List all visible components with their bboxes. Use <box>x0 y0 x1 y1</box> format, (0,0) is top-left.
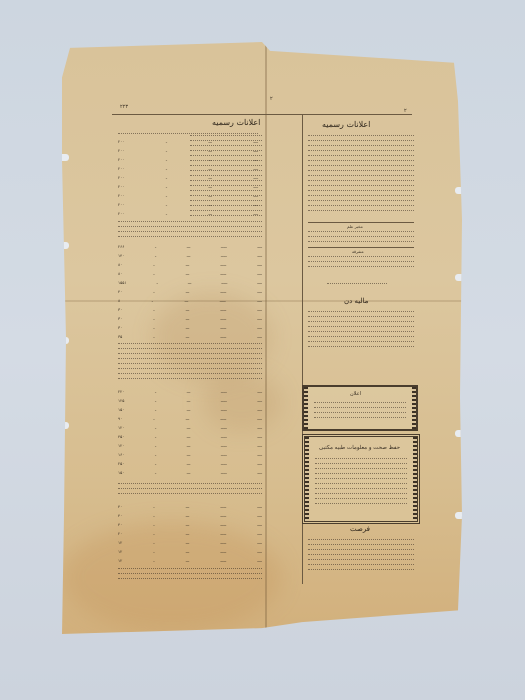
box-border-ornament <box>413 437 417 521</box>
data-table-3: ۲۲۰ـــــــــــــ ۱۲۵ـــــــــــــ ۱۵۰ـــ… <box>118 387 262 477</box>
binding-hole <box>455 512 465 519</box>
box-border-ornament <box>412 387 416 429</box>
paragraph <box>118 342 262 382</box>
left-column-title: اعلانات رسمیه <box>212 118 260 127</box>
notice-text <box>308 230 414 245</box>
announcement-box: اعلان <box>302 385 418 431</box>
notice-title: مخبر علم <box>347 224 363 229</box>
page-header-center: ۲ <box>270 96 273 102</box>
bottom-section-title: فرصت <box>350 525 370 533</box>
paragraph <box>118 220 262 240</box>
bottom-section-text <box>308 538 414 578</box>
box-border-ornament <box>304 387 308 429</box>
paragraph <box>118 482 262 497</box>
misc-text <box>308 255 414 275</box>
misc-title: متفرقه <box>352 249 364 254</box>
binding-hole <box>455 187 465 194</box>
finance-text <box>308 310 414 355</box>
newspaper-page: ۲۲۳ ۲ ۲ اعلانات رسمیه اعلانات رسمیه ۲۰۰ـ… <box>62 42 462 634</box>
data-table-4: ۴۰ـــــــــــــ ۴۰ـــــــــــــ ۴۰ــــــ… <box>118 502 262 565</box>
data-table-2: ۲۶۶ـــــــــــــ ۱۴۰ـــــــــــــ ۸۰ــــ… <box>118 242 262 341</box>
section-rule <box>308 247 414 248</box>
page-number-left: ۲۲۳ <box>120 104 128 110</box>
section-rule <box>308 222 414 223</box>
binding-hole <box>59 242 69 249</box>
ad-title: حفظ صحت و معلومات طبیه مکتبی <box>319 445 400 451</box>
right-column-title: اعلانات رسمیه <box>322 120 370 129</box>
box-border-ornament <box>305 437 309 521</box>
right-table-text <box>308 134 414 219</box>
vertical-fold <box>265 42 267 634</box>
binding-hole <box>455 274 465 281</box>
ad-text <box>315 457 407 513</box>
binding-hole <box>59 337 69 344</box>
binding-hole <box>455 430 465 437</box>
announcement-text <box>314 401 406 423</box>
paragraph <box>118 567 262 582</box>
binding-hole <box>59 422 69 429</box>
misc-signature <box>327 282 387 287</box>
binding-hole <box>59 154 69 161</box>
header-rule <box>112 114 412 115</box>
announcement-title: اعلان <box>350 391 361 397</box>
finance-title: مالیه دن <box>344 297 368 305</box>
ornate-ad-box: حفظ صحت و معلومات طبیه مکتبی <box>302 434 420 524</box>
left-column-text <box>190 134 262 224</box>
